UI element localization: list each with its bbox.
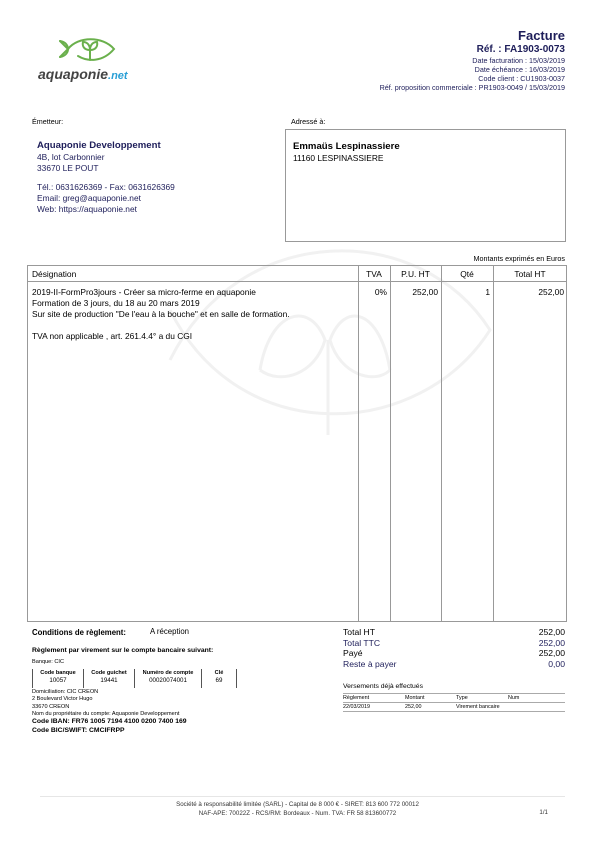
invoice-header: Facture Réf. : FA1903-0073 Date facturat… [380, 28, 565, 92]
payments-table: Règlement Montant Type Num 22/03/2019 25… [343, 693, 565, 712]
document-title: Facture [380, 28, 565, 43]
recipient-address: 11160 LESPINASSIERE [293, 153, 383, 163]
remaining-value: 0,00 [548, 659, 565, 670]
header-pu-ht: P.U. HT [390, 269, 441, 279]
emitter-address1: 4B, lot Carbonnier [37, 152, 175, 163]
header-tva: TVA [358, 269, 390, 279]
payment-amount: 252,00 [405, 703, 456, 711]
payment-date: 22/03/2019 [343, 703, 405, 711]
footer-line2: NAF-APE: 70022Z - RCS/RM: Bordeaux - Num… [0, 809, 595, 818]
emitter-label: Émetteur: [32, 117, 63, 126]
total-ttc-value: 252,00 [539, 638, 565, 649]
logo-text: aquaponie [38, 66, 108, 82]
bic-code: Code BIC/SWIFT: CMCIFRPP [32, 727, 187, 736]
payment-type: Virement bancaire [456, 703, 508, 711]
date-echeance: Date échéance : 16/03/2019 [380, 65, 565, 74]
payments-header-montant: Montant [405, 694, 456, 702]
header-total-ht: Total HT [493, 269, 567, 279]
emitter-name: Aquaponie Developpement [37, 139, 175, 152]
payment-terms-value: A réception [150, 627, 189, 636]
item-qty: 1 [441, 287, 490, 298]
emitter-block: Aquaponie Developpement 4B, lot Carbonni… [37, 139, 175, 215]
table-row: 22/03/2019 252,00 Virement bancaire [343, 702, 565, 712]
account-number-header: Numéro de compte [139, 669, 197, 677]
bank-code-cell: Code banque 10057 [32, 669, 83, 688]
rib-key-value: 69 [206, 677, 232, 685]
payment-num [508, 703, 558, 711]
item-description-line3: Sur site de production "De l'eau à la bo… [32, 309, 290, 320]
payments-header-row: Règlement Montant Type Num [343, 693, 565, 702]
code-client: Code client : CU1903-0037 [380, 74, 565, 83]
bank-street: 2 Boulevard Victor Hugo [32, 696, 179, 703]
fish-sprout-logo-icon [58, 36, 116, 63]
remaining-label: Reste à payer [343, 659, 397, 670]
footer-divider [40, 796, 565, 797]
currency-note: Montants exprimés en Euros [474, 254, 565, 263]
bank-details-grid: Code banque 10057 Code guichet 19441 Num… [32, 669, 237, 688]
total-ht-row: Total HT252,00 [343, 627, 565, 638]
totals-block: Total HT252,00 Total TTC252,00 Payé252,0… [343, 627, 565, 669]
payments-header-reglement: Règlement [343, 694, 405, 702]
iban-block: Code IBAN: FR76 1005 7194 4100 0200 7400… [32, 718, 187, 735]
items-table: Désignation TVA P.U. HT Qté Total HT 201… [27, 265, 567, 622]
recipient-name: Emmaüs Lespinassiere [293, 141, 400, 152]
bank-name: Banque: CIC [32, 659, 64, 665]
header-qty: Qté [441, 269, 493, 279]
emitter-address2: 33670 LE POUT [37, 163, 175, 174]
total-ht-label: Total HT [343, 627, 375, 638]
invoice-ref: Réf. : FA1903-0073 [380, 43, 565, 56]
iban-code: Code IBAN: FR76 1005 7194 4100 0200 7400… [32, 718, 187, 727]
recipient-box: Emmaüs Lespinassiere 11160 LESPINASSIERE [285, 129, 566, 242]
payment-terms-label: Conditions de règlement: [32, 628, 126, 637]
page-number: 1/1 [539, 809, 548, 816]
total-ttc-label: Total TTC [343, 638, 380, 649]
company-logo: aquaponie.net [36, 36, 136, 86]
bank-address: Domiciliation: CIC CREON 2 Boulevard Vic… [32, 689, 179, 719]
bank-code-value: 10057 [37, 677, 79, 685]
guichet-code-cell: Code guichet 19441 [83, 669, 134, 688]
emitter-phone: Tél.: 0631626369 - Fax: 0631626369 [37, 182, 175, 193]
emitter-email: Email: greg@aquaponie.net [37, 193, 175, 204]
payments-title: Versements déjà effectués [343, 683, 423, 690]
ref-proposition: Réf. proposition commerciale : PR1903-00… [380, 83, 565, 92]
item-pu-ht: 252,00 [390, 287, 438, 298]
bank-city: 33670 CREON [32, 704, 179, 711]
remaining-row: Reste à payer0,00 [343, 659, 565, 670]
footer: Société à responsabilité limitée (SARL) … [0, 800, 595, 818]
paid-row: Payé252,00 [343, 648, 565, 659]
item-description-line1: 2019-II-FormPro3jours - Créer sa micro-f… [32, 287, 290, 298]
bank-code-header: Code banque [37, 669, 79, 677]
account-number-cell: Numéro de compte 00020074001 [134, 669, 201, 688]
footer-line1: Société à responsabilité limitée (SARL) … [0, 800, 595, 809]
bank-transfer-title: Règlement par virement sur le compte ban… [32, 647, 213, 654]
table-row: 2019-II-FormPro3jours - Créer sa micro-f… [32, 287, 290, 342]
item-tva: 0% [358, 287, 387, 298]
payments-header-type: Type [456, 694, 508, 702]
paid-value: 252,00 [539, 648, 565, 659]
item-description-line4: TVA non applicable , art. 261.4.4° a du … [32, 331, 290, 342]
payments-header-num: Num [508, 694, 558, 702]
guichet-code-header: Code guichet [88, 669, 130, 677]
item-description-line2: Formation de 3 jours, du 18 au 20 mars 2… [32, 298, 290, 309]
header-designation: Désignation [32, 269, 76, 279]
item-total-ht: 252,00 [493, 287, 564, 298]
guichet-code-value: 19441 [88, 677, 130, 685]
logo-tld: .net [108, 70, 128, 82]
rib-key-header: Clé [206, 669, 232, 677]
recipient-label: Adressé à: [291, 117, 325, 126]
rib-key-cell: Clé 69 [201, 669, 237, 688]
account-number-value: 00020074001 [139, 677, 197, 685]
bank-domiciliation: Domiciliation: CIC CREON [32, 689, 179, 696]
paid-label: Payé [343, 648, 363, 659]
total-ttc-row: Total TTC252,00 [343, 638, 565, 649]
date-facturation: Date facturation : 15/03/2019 [380, 56, 565, 65]
total-ht-value: 252,00 [539, 627, 565, 638]
emitter-web: Web: https://aquaponie.net [37, 204, 175, 215]
